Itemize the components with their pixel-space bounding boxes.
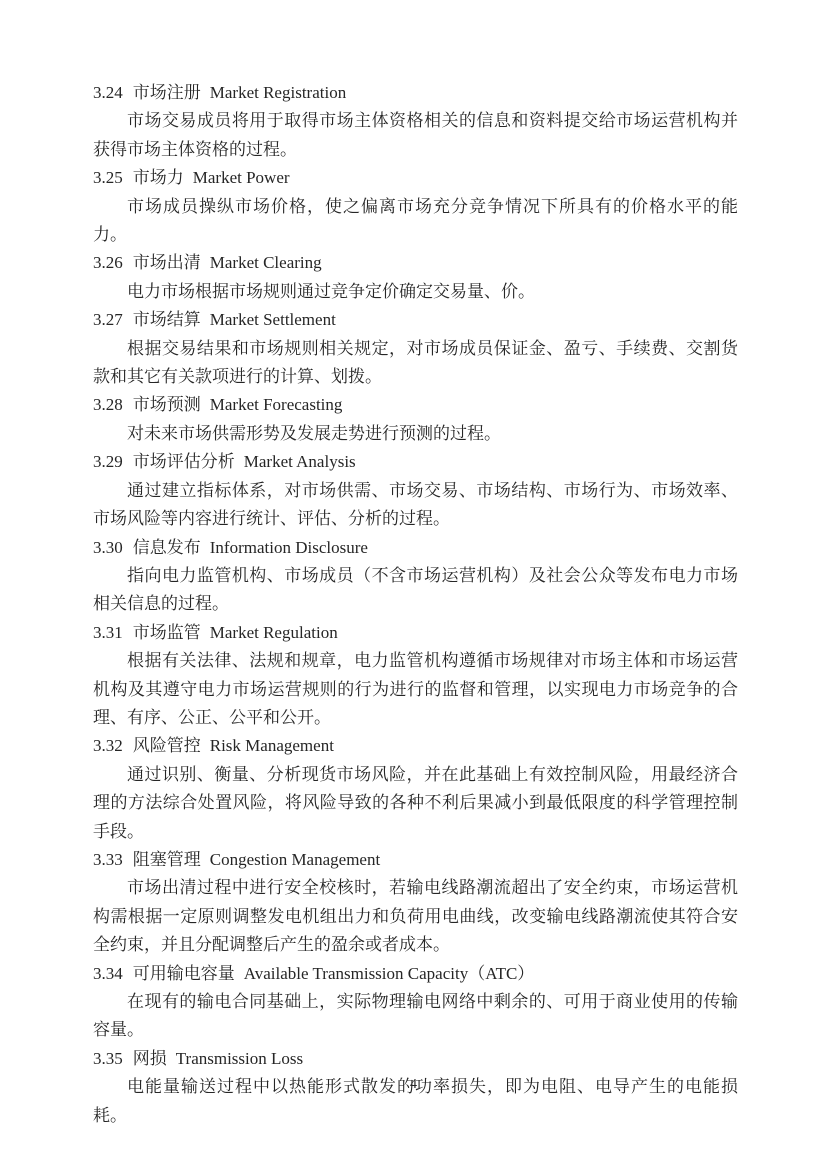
term-definition: 指向电力监管机构、市场成员（不含市场运营机构）及社会公众等发布电力市场相关信息的… bbox=[93, 562, 738, 619]
term-heading: 3.32风险管控Risk Management bbox=[93, 732, 738, 760]
term-name-english: Market Clearing bbox=[210, 253, 322, 272]
term-number: 3.35 bbox=[93, 1049, 123, 1068]
terms-list: 3.24市场注册Market Registration 市场交易成员将用于取得市… bbox=[93, 79, 738, 1130]
term-name-chinese: 市场出清 bbox=[133, 253, 201, 272]
term-name-english: Market Settlement bbox=[210, 310, 336, 329]
term-number: 3.34 bbox=[93, 964, 123, 983]
page-background: 3.24市场注册Market Registration 市场交易成员将用于取得市… bbox=[0, 0, 827, 1169]
term-name-chinese: 可用输电容量 bbox=[133, 964, 235, 983]
term-name-chinese: 网损 bbox=[133, 1049, 167, 1068]
term-number: 3.28 bbox=[93, 395, 123, 414]
term-definition: 根据交易结果和市场规则相关规定，对市场成员保证金、盈亏、手续费、交割货款和其它有… bbox=[93, 335, 738, 392]
term-heading: 3.34可用输电容量Available Transmission Capacit… bbox=[93, 960, 738, 988]
term-entry: 3.31市场监管Market Regulation 根据有关法律、法规和规章，电… bbox=[93, 619, 738, 733]
term-definition: 电力市场根据市场规则通过竞争定价确定交易量、价。 bbox=[93, 278, 738, 306]
term-name-english: Market Registration bbox=[210, 83, 346, 102]
term-definition: 通过识别、衡量、分析现货市场风险，并在此基础上有效控制风险，用最经济合理的方法综… bbox=[93, 761, 738, 846]
term-name-english: Transmission Loss bbox=[176, 1049, 303, 1068]
term-number: 3.26 bbox=[93, 253, 123, 272]
term-name-english: Congestion Management bbox=[210, 850, 380, 869]
term-name-english: Information Disclosure bbox=[210, 538, 368, 557]
term-heading: 3.27市场结算Market Settlement bbox=[93, 306, 738, 334]
term-entry: 3.29市场评估分析Market Analysis 通过建立指标体系，对市场供需… bbox=[93, 448, 738, 533]
term-entry: 3.28市场预测Market Forecasting 对未来市场供需形势及发展走… bbox=[93, 391, 738, 448]
term-heading: 3.24市场注册Market Registration bbox=[93, 79, 738, 107]
term-name-chinese: 市场预测 bbox=[133, 395, 201, 414]
term-name-chinese: 市场力 bbox=[133, 168, 184, 187]
term-number: 3.29 bbox=[93, 452, 123, 471]
term-name-english: Available Transmission Capacity（ATC） bbox=[244, 964, 535, 983]
term-definition: 通过建立指标体系，对市场供需、市场交易、市场结构、市场行为、市场效率、市场风险等… bbox=[93, 477, 738, 534]
term-heading: 3.26市场出清Market Clearing bbox=[93, 249, 738, 277]
term-definition: 根据有关法律、法规和规章，电力监管机构遵循市场规律对市场主体和市场运营机构及其遵… bbox=[93, 647, 738, 732]
term-name-english: Market Analysis bbox=[244, 452, 356, 471]
term-name-english: Market Forecasting bbox=[210, 395, 343, 414]
term-name-english: Market Power bbox=[193, 168, 290, 187]
term-heading: 3.33阻塞管理Congestion Management bbox=[93, 846, 738, 874]
term-name-english: Risk Management bbox=[210, 736, 334, 755]
term-name-chinese: 信息发布 bbox=[133, 538, 201, 557]
term-number: 3.30 bbox=[93, 538, 123, 557]
term-definition: 市场出清过程中进行安全校核时，若输电线路潮流超出了安全约束，市场运营机构需根据一… bbox=[93, 874, 738, 959]
term-number: 3.31 bbox=[93, 623, 123, 642]
term-name-chinese: 市场评估分析 bbox=[133, 452, 235, 471]
term-heading: 3.30信息发布Information Disclosure bbox=[93, 534, 738, 562]
term-number: 3.33 bbox=[93, 850, 123, 869]
term-heading: 3.25市场力Market Power bbox=[93, 164, 738, 192]
term-entry: 3.24市场注册Market Registration 市场交易成员将用于取得市… bbox=[93, 79, 738, 164]
document-page: { "page": { "number": "4", "background_c… bbox=[0, 0, 827, 1169]
term-definition: 市场交易成员将用于取得市场主体资格相关的信息和资料提交给市场运营机构并获得市场主… bbox=[93, 107, 738, 164]
term-entry: 3.26市场出清Market Clearing 电力市场根据市场规则通过竞争定价… bbox=[93, 249, 738, 306]
term-definition: 对未来市场供需形势及发展走势进行预测的过程。 bbox=[93, 420, 738, 448]
term-heading: 3.35网损Transmission Loss bbox=[93, 1045, 738, 1073]
term-heading: 3.31市场监管Market Regulation bbox=[93, 619, 738, 647]
term-name-english: Market Regulation bbox=[210, 623, 338, 642]
term-entry: 3.25市场力Market Power 市场成员操纵市场价格，使之偏离市场充分竞… bbox=[93, 164, 738, 249]
term-entry: 3.34可用输电容量Available Transmission Capacit… bbox=[93, 960, 738, 1045]
term-name-chinese: 市场注册 bbox=[133, 83, 201, 102]
page-number: 4 bbox=[0, 1076, 827, 1093]
term-heading: 3.28市场预测Market Forecasting bbox=[93, 391, 738, 419]
term-heading: 3.29市场评估分析Market Analysis bbox=[93, 448, 738, 476]
term-entry: 3.30信息发布Information Disclosure 指向电力监管机构、… bbox=[93, 534, 738, 619]
term-definition: 市场成员操纵市场价格，使之偏离市场充分竞争情况下所具有的价格水平的能力。 bbox=[93, 193, 738, 250]
term-name-chinese: 风险管控 bbox=[133, 736, 201, 755]
term-entry: 3.32风险管控Risk Management 通过识别、衡量、分析现货市场风险… bbox=[93, 732, 738, 846]
term-name-chinese: 市场监管 bbox=[133, 623, 201, 642]
term-number: 3.27 bbox=[93, 310, 123, 329]
term-definition: 在现有的输电合同基础上，实际物理输电网络中剩余的、可用于商业使用的传输容量。 bbox=[93, 988, 738, 1045]
term-number: 3.24 bbox=[93, 83, 123, 102]
term-name-chinese: 阻塞管理 bbox=[133, 850, 201, 869]
term-entry: 3.33阻塞管理Congestion Management 市场出清过程中进行安… bbox=[93, 846, 738, 960]
term-number: 3.32 bbox=[93, 736, 123, 755]
term-number: 3.25 bbox=[93, 168, 123, 187]
term-entry: 3.27市场结算Market Settlement 根据交易结果和市场规则相关规… bbox=[93, 306, 738, 391]
term-name-chinese: 市场结算 bbox=[133, 310, 201, 329]
